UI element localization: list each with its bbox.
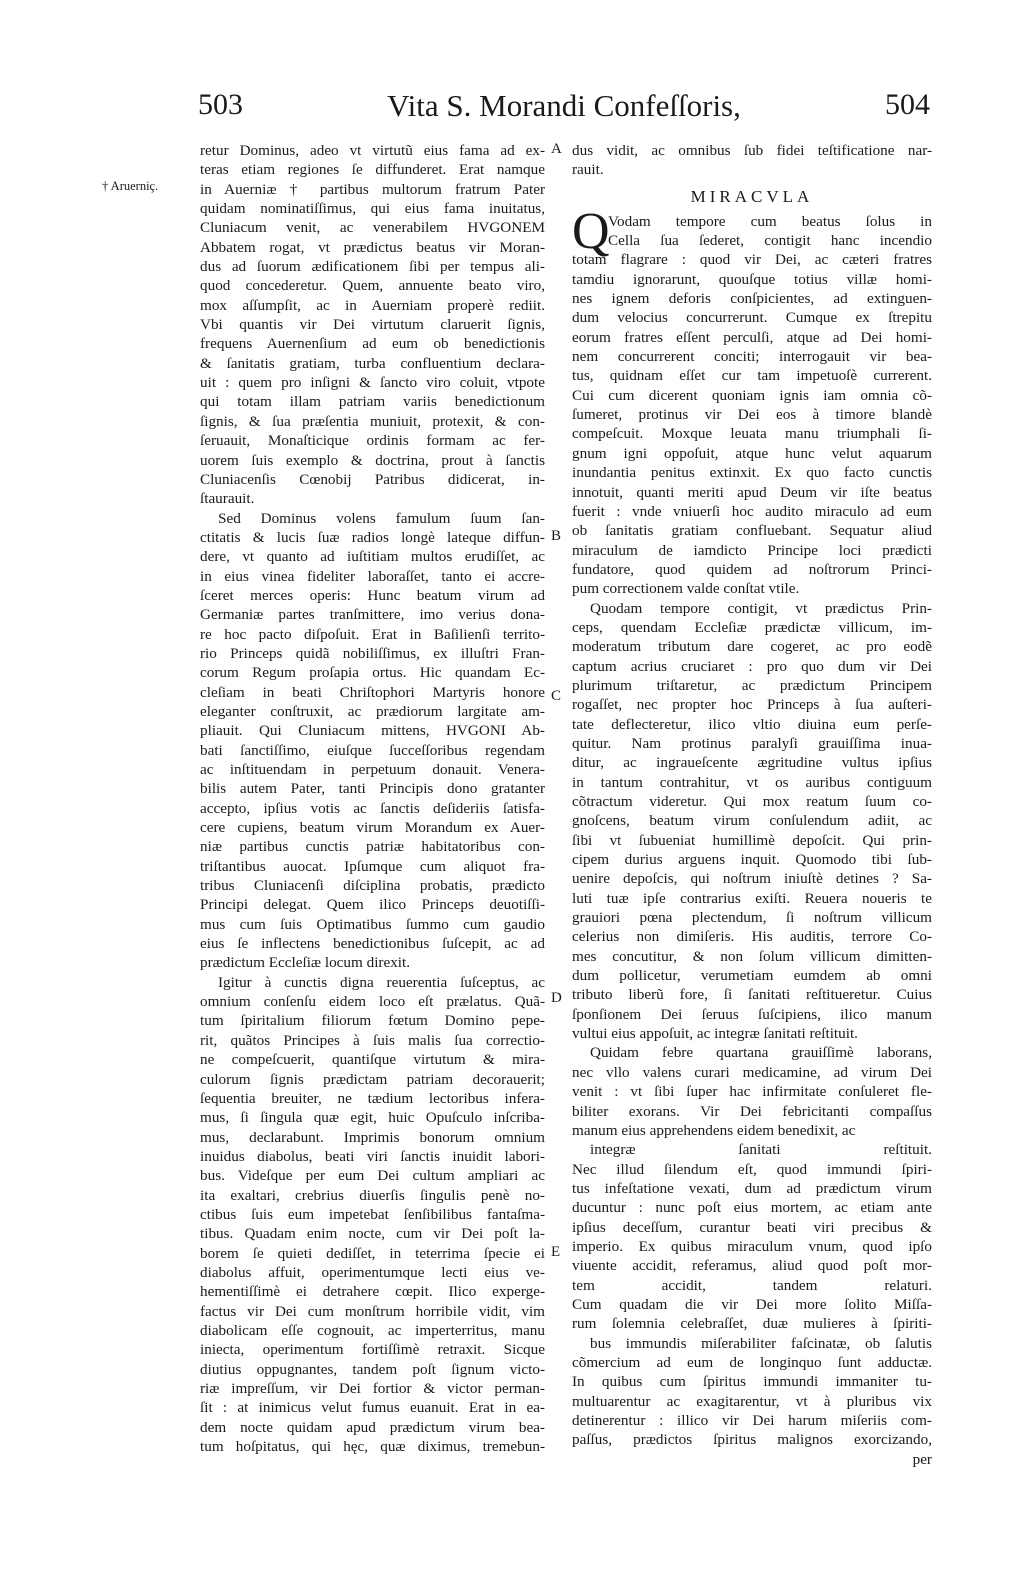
text-line: niæ partibus cunctis patriæ habitatoribu…	[200, 837, 545, 856]
text-line: triſtantibus auocat. Ipſumque cum aliquo…	[200, 857, 545, 876]
text-line: mus, ſi ſingula quæ egit, huic Opuſculo …	[200, 1108, 545, 1127]
text-line: plurimum triſtaretur, ac prædictum Princ…	[572, 676, 932, 695]
text-line: rit, quãtos Principes à ſuis malis ſua c…	[200, 1031, 545, 1050]
text-line: ceps, quendam Eccleſiæ prædictæ villicum…	[572, 618, 932, 637]
text-line: multuarentur ac exagitarentur, vt à plur…	[572, 1392, 932, 1411]
text-line: frequens Auernenſium ad eum ob benedicti…	[200, 334, 545, 353]
drop-cap: Q	[572, 206, 610, 258]
text-line: in eius vinea fideliter laboraſſet, tant…	[200, 567, 545, 586]
text-line: mes concutitur, & non ſolum villicum dim…	[572, 947, 932, 966]
text-line: rauit.	[572, 160, 932, 179]
text-line: captum acrius cruciaret : pro quo dum vi…	[572, 657, 932, 676]
page-header: 503 Vita S. Morandi Confeſſoris, 504	[198, 88, 930, 128]
text-line: tem accidit, tandem relaturi.	[572, 1276, 932, 1295]
text-line: Vodam tempore cum beatus ſolus in	[572, 212, 932, 231]
text-line: innotuit, quanti meriti apud Deum vir iſ…	[572, 483, 932, 502]
text-line: tributo liberũ fore, ſi ſanitati reſtitu…	[572, 985, 932, 1004]
text-line: ne compeſcuerit, quantiſque virtutum & m…	[200, 1050, 545, 1069]
text-line: detinerentur : illico vir Dei harum miſe…	[572, 1411, 932, 1430]
text-line: dum pollicetur, verumetiam eumdem ab omn…	[572, 966, 932, 985]
text-line: retur Dominus, adeo vt virtutũ eius fama…	[200, 141, 545, 160]
text-line: Principi delegat. Quem ilico Princeps de…	[200, 895, 545, 914]
text-line: dere, vt quanto ad iuſtitiam multos erud…	[200, 547, 545, 566]
text-line: rum ſolemnia celebraſſet, duæ mulieres à…	[572, 1314, 932, 1333]
text-line: qui totam illam patriam variis benedicti…	[200, 392, 545, 411]
text-line: grauiori pœna plectendum, ſi noſtrum vil…	[572, 908, 932, 927]
text-line: bus immundis miſerabiliter faſcinatæ, ob…	[572, 1334, 932, 1353]
text-line: luti tuæ ipſe contrarius exiſti. Reuera …	[572, 889, 932, 908]
section-title: MIRACVLA	[572, 182, 932, 212]
text-line: cleſiam in beati Chriſtophori Martyris h…	[200, 683, 545, 702]
margin-note: † Aruerniç.	[102, 179, 158, 194]
text-line: dum velocius concurrerunt. Cumque ex ſtr…	[572, 308, 932, 327]
text-line: gnoſcens, beatum virum conſulendum adiit…	[572, 811, 932, 830]
text-line: re hoc pacto diſpoſuit. Erat in Baſilien…	[200, 625, 545, 644]
text-line: fuerit : vnde vniuerſi hoc audito miracu…	[572, 502, 932, 521]
text-line: nec vllo valens curari medicamine, ad vi…	[572, 1063, 932, 1082]
text-line: Nec illud ſilendum eſt, quod immundi ſpi…	[572, 1160, 932, 1179]
text-line: dem nocte quidam apud prædictum virum be…	[200, 1418, 545, 1437]
section-letter-a: A	[551, 141, 562, 158]
text-line: ſtaurauit.	[200, 489, 545, 508]
running-title: Vita S. Morandi Confeſſoris,	[198, 88, 930, 124]
section-letter-c: C	[551, 688, 561, 705]
text-line: biliter exorans. Vir Dei febricitanti co…	[572, 1102, 932, 1121]
text-line: Cum quadam die vir Dei more ſolito Miſſa…	[572, 1295, 932, 1314]
text-line: hementiſſimè ei detrahere cœpit. Ilico e…	[200, 1282, 545, 1301]
page-number-right: 504	[885, 88, 930, 122]
text-line: eius ſe inflectens benedictionibus ſuſce…	[200, 934, 545, 953]
text-line: Quidam febre quartana grauiſſimè laboran…	[572, 1043, 932, 1062]
text-line: ſponſionem Dei ſeruus ſuſcipiens, ilico …	[572, 1005, 932, 1024]
text-line: Igitur à cunctis digna reuerentia ſuſcep…	[200, 973, 545, 992]
text-line: eleganter conſtruxit, ac prædiorum largi…	[200, 702, 545, 721]
text-line: cipem durius arguens inquit. Quomodo tib…	[572, 850, 932, 869]
text-line: ita exaltari, crebrius diuerſis ſingulis…	[200, 1186, 545, 1205]
text-line: pum correctionem valde conſtat vtile.	[572, 579, 932, 598]
text-line: ipſius deceſſum, curantur beati viri pre…	[572, 1218, 932, 1237]
text-line: uit : quem pro inſigni & ſancto viro col…	[200, 373, 545, 392]
text-line: miraculum de iamdicto Principe loci præd…	[572, 541, 932, 560]
text-line: tibus. Quadam enim nocte, cum vir Dei po…	[200, 1224, 545, 1243]
text-line: quod concederetur. Quem, annuente beato …	[200, 276, 545, 295]
text-line: accepto, ipſius votis ac ſanctis deſider…	[200, 799, 545, 818]
text-line: factus vir Dei cum monſtrum horribile vi…	[200, 1302, 545, 1321]
text-line: fundatore, quod quidem ad noſtrorum Prin…	[572, 560, 932, 579]
text-line: Cui cum dicerent quoniam ignis iam omnia…	[572, 386, 932, 405]
section-letter-b: B	[551, 528, 561, 545]
text-line: tus infeſtatione vexati, dum ad prædictu…	[572, 1179, 932, 1198]
text-line: bati ſanctiſſimo, eiuſque ſucceſſoribus …	[200, 741, 545, 760]
text-line: Vbi quantis vir Dei virtutum claruerit ſ…	[200, 315, 545, 334]
text-line: corum Regum proſapia ortus. Hic quandam …	[200, 663, 545, 682]
text-line: In quibus cum ſpiritus immundi immaniter…	[572, 1372, 932, 1391]
text-line: diabolus affuit, operimentumque lecti ei…	[200, 1263, 545, 1282]
text-line: Quodam tempore contigit, vt prædictus Pr…	[572, 599, 932, 618]
text-line: mus cum ſuis Optimatibus ſummo cum gaudi…	[200, 915, 545, 934]
text-line: ob ſanitatis gratiam confluebant. Sequat…	[572, 521, 932, 540]
text-line: ſequentia breuiter, ne tædium lectoribus…	[200, 1089, 545, 1108]
text-line: Cella ſua ſederet, contigit hanc incendi…	[572, 231, 932, 250]
catchword: per	[572, 1450, 932, 1469]
text-line: totam flagrare : quod vir Dei, ac cæteri…	[572, 250, 932, 269]
text-line: cere cupiens, beatum virum Morandum ex A…	[200, 818, 545, 837]
text-line: borem ſe quieti dediſſet, in teterrima ſ…	[200, 1244, 545, 1263]
text-line: compeſcuit. Moxque leuata manu triumphal…	[572, 424, 932, 443]
text-line: vultui eius appoſuit, ac integræ ſanitat…	[572, 1024, 932, 1043]
text-line: viuente accidit, referamus, aliud quod p…	[572, 1256, 932, 1275]
text-line: tribus Cluniacenſi diſciplina probatis, …	[200, 876, 545, 895]
text-line: pliauit. Qui Cluniacum mittens, HVGONI A…	[200, 721, 545, 740]
text-line: in tantum contrahitur, vt os auribus con…	[572, 773, 932, 792]
text-line: Cluniacenſis Cœnobij Patribus didicerat,…	[200, 470, 545, 489]
text-line: tate deflecteretur, ilico vltio diuina e…	[572, 715, 932, 734]
text-line: dus ad ſuorum ædificationem ſibi per tem…	[200, 257, 545, 276]
section-letter-d: D	[551, 990, 562, 1007]
text-line: quitur. Nam protinus paralyſi grauiſſima…	[572, 734, 932, 753]
text-line: quidam nominatiſſimus, qui eius fama inu…	[200, 199, 545, 218]
text-line: culorum ſignis prædictam patriam decorau…	[200, 1070, 545, 1089]
text-line: in Auerniæ † partibus multorum fratrum P…	[200, 180, 545, 199]
text-line: tum hoſpitatus, qui hęc, quæ diximus, tr…	[200, 1437, 545, 1456]
text-line: ſeruauit, Monaſticique ordinis formam ac…	[200, 431, 545, 450]
text-line: nem concurrerent conciti; interrogauit v…	[572, 347, 932, 366]
text-line: diabolicam eſſe cognouit, ac imperterrit…	[200, 1321, 545, 1340]
text-line: manum eius apprehendens eidem benedixit,…	[572, 1121, 932, 1140]
text-line: ac inſtituendam in perpetuum donauit. Ve…	[200, 760, 545, 779]
dropcap-paragraph: Q Vodam tempore cum beatus ſolus inCella…	[572, 212, 932, 251]
text-line: uorem ſuis exemplo & doctrina, prout à ſ…	[200, 451, 545, 470]
text-line: ditur, ac ingraueſcente ægritudine vultu…	[572, 753, 932, 772]
text-line: Abbatem rogat, vt prædictus beatus vir M…	[200, 238, 545, 257]
text-line: iniecta, operimentum fortiſſimè retraxit…	[200, 1340, 545, 1359]
text-line: ſumeret, protinus vir Dei eos à timore b…	[572, 405, 932, 424]
text-line: cõtractum videretur. Qui mox reatum ſuum…	[572, 792, 932, 811]
text-line: mox aſſumpſit, ac in Auerniam properè re…	[200, 296, 545, 315]
text-line: inundantia penitus extinxit. Ex quo fact…	[572, 463, 932, 482]
text-line: tum ſpiritalium filiorum fœtum Domino pe…	[200, 1011, 545, 1030]
text-line: celerius non dimiſeris. His auditis, ter…	[572, 927, 932, 946]
text-line: Sed Dominus volens famulum ſuum ſan-	[200, 509, 545, 528]
text-line: ctibus ſuis eum impetebat ſenſibilibus f…	[200, 1205, 545, 1224]
text-line: diutius oppugnantes, tandem poſt ſignum …	[200, 1360, 545, 1379]
text-line: imperio. Ex quibus miraculum vnum, quod …	[572, 1237, 932, 1256]
text-line: ſit : at inimicus velut fumus euanuit. E…	[200, 1398, 545, 1417]
text-line: bus. Videſque per eum Dei cultum ampliar…	[200, 1166, 545, 1185]
text-line: rio Princeps quidã nobiliſſimus, ex illu…	[200, 644, 545, 663]
text-line: omnium conſenſu eidem loco eſt prælatus.…	[200, 992, 545, 1011]
text-line: gnum igni oppoſuit, atque hunc velut aqu…	[572, 444, 932, 463]
text-line: nes ignem deforis conſpicientes, ad exti…	[572, 289, 932, 308]
section-letter-e: E	[551, 1244, 560, 1261]
text-line: Cluniacum venit, ac venerabilem HVGONEM	[200, 218, 545, 237]
text-line: prædictum Eccleſiæ locum direxit.	[200, 953, 545, 972]
text-line: ctitatis & lucis ſuæ radios longè latequ…	[200, 528, 545, 547]
text-line: integræ ſanitati reſtituit.	[572, 1140, 932, 1159]
text-line: mus, declarabunt. Imprimis bonorum omniu…	[200, 1128, 545, 1147]
text-line: dus vidit, ac omnibus ſub fidei teſtific…	[572, 141, 932, 160]
text-line: ſibi vt ſubueniat humillimè depoſcit. Qu…	[572, 831, 932, 850]
text-line: ſceret merces operis: Hunc beatum virum …	[200, 586, 545, 605]
text-line: ducuntur : nunc poſt eius mortem, ac eti…	[572, 1198, 932, 1217]
text-line: eorum fratres eſſent perculſi, atque ad …	[572, 328, 932, 347]
text-line: paſſus, prædictos ſpiritus malignos exor…	[572, 1430, 932, 1449]
text-line: rogaſſet, nec propter hoc Princeps à ſua…	[572, 695, 932, 714]
text-line: moderatum tributum dare cogeret, ac pro …	[572, 637, 932, 656]
text-line: ſignis, & ſua præſentia muniuit, protexi…	[200, 412, 545, 431]
text-line: riæ impreſſum, vir Dei fortior & victor …	[200, 1379, 545, 1398]
text-line: & ſanitatis gratiam, turba confluentium …	[200, 354, 545, 373]
left-column: retur Dominus, adeo vt virtutũ eius fama…	[200, 141, 545, 1456]
text-line: cõmercium ad eum de longinquo ſunt adduc…	[572, 1353, 932, 1372]
right-column: dus vidit, ac omnibus ſub fidei teſtific…	[572, 141, 932, 1469]
text-line: teras etiam regiones ſe diffunderet. Era…	[200, 160, 545, 179]
text-line: tus, quidnam eſſet cur tam impetuoſè cur…	[572, 366, 932, 385]
text-line: bilis autem Pater, tanti Principis dono …	[200, 779, 545, 798]
text-line: tamdiu ignorarunt, quouſque totius villæ…	[572, 270, 932, 289]
text-line: uenire depoſcis, qui noſtrum iniuſtè det…	[572, 869, 932, 888]
text-line: venit : vt ſibi ſuper hac infirmitate co…	[572, 1082, 932, 1101]
text-line: Germaniæ partes tranſmittere, imo verius…	[200, 605, 545, 624]
text-line: inuidus diabolus, beati viri ſanctis inu…	[200, 1147, 545, 1166]
